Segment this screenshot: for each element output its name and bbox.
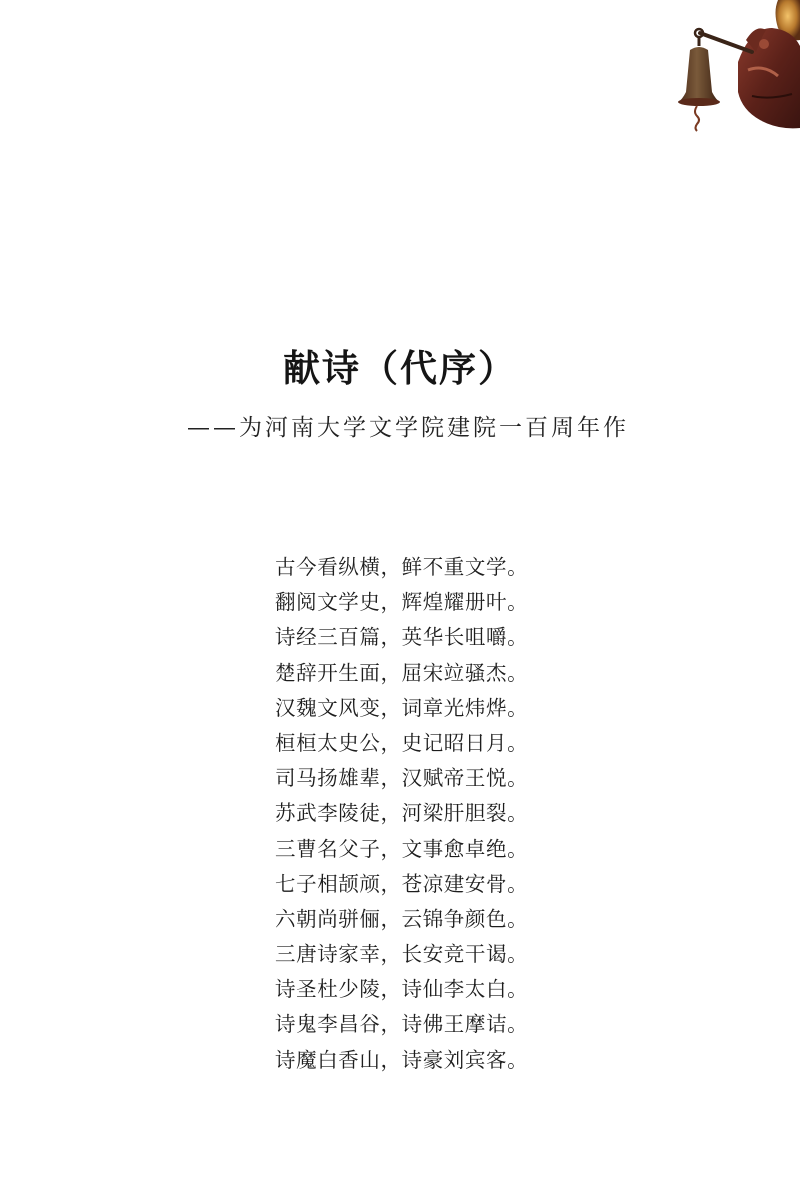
poem-line: 古今看纵横，鲜不重文学。: [275, 552, 528, 587]
poem-line: 三唐诗家幸，长安竞干谒。: [275, 939, 528, 974]
poem-line: 翻阅文学史，辉煌耀册叶。: [275, 587, 528, 622]
poem-line: 楚辞开生面，屈宋竝骚杰。: [275, 658, 528, 693]
poem-line: 苏武李陵徒，河梁肝胆裂。: [275, 798, 528, 833]
poem-body: 古今看纵横，鲜不重文学。 翻阅文学史，辉煌耀册叶。 诗经三百篇，英华长咀嚼。 楚…: [275, 552, 528, 1080]
poem-line: 七子相颉颃，苍凉建安骨。: [275, 869, 528, 904]
poem-line: 司马扬雄辈，汉赋帝王悦。: [275, 763, 528, 798]
page-subtitle: ——为河南大学文学院建院一百周年作: [187, 409, 629, 442]
poem-line: 诗圣杜少陵，诗仙李太白。: [275, 974, 528, 1009]
page-title: 献诗（代序）: [0, 338, 800, 392]
bell-dragon-ornament-image: [660, 0, 800, 135]
poem-line: 诗魔白香山，诗豪刘宾客。: [275, 1045, 528, 1080]
poem-line: 诗经三百篇，英华长咀嚼。: [275, 622, 528, 657]
poem-line: 诗鬼李昌谷，诗佛王摩诘。: [275, 1009, 528, 1044]
poem-line: 汉魏文风变，词章光炜烨。: [275, 693, 528, 728]
poem-line: 桓桓太史公，史记昭日月。: [275, 728, 528, 763]
poem-line: 三曹名父子，文事愈卓绝。: [275, 834, 528, 869]
poem-line: 六朝尚骈俪，云锦争颜色。: [275, 904, 528, 939]
